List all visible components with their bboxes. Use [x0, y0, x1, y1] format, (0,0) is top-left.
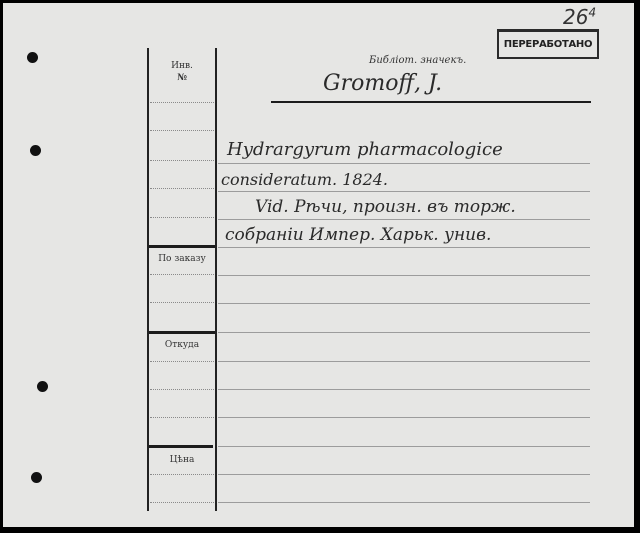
ruled-line [218, 332, 590, 333]
processed-stamp: ПЕРЕРАБОТАНО [497, 29, 599, 59]
left-dotted-line [150, 474, 214, 475]
left-column-border-left [147, 48, 149, 511]
section-divider-price [149, 445, 213, 448]
ruled-line [218, 474, 590, 475]
entry-line-4: собраніи Импер. Харьк. унив. [225, 225, 491, 245]
source-label: Откуда [149, 340, 215, 350]
ruled-line [218, 389, 590, 390]
inv-label: Инв. [149, 61, 215, 71]
section-divider-source [149, 331, 215, 334]
left-dotted-line [150, 361, 214, 362]
left-dotted-line [150, 130, 214, 131]
left-dotted-line [150, 217, 214, 218]
ruled-line [218, 163, 590, 164]
left-dotted-line [150, 417, 214, 418]
left-dotted-line [150, 102, 214, 103]
left-dotted-line [150, 389, 214, 390]
entry-line-2: consideratum. 1824. [221, 170, 388, 189]
left-dotted-line [150, 302, 214, 303]
catalog-number: 264 [563, 5, 596, 29]
entry-line-3: Vid. Рѣчи, произн. въ торж. [255, 197, 516, 217]
left-dotted-line [150, 502, 214, 503]
library-mark-label: Библіот. значекъ. [369, 55, 466, 66]
left-column-border-right [215, 48, 217, 511]
ruled-line [218, 361, 590, 362]
ruled-line [218, 275, 590, 276]
punch-hole-1 [27, 52, 38, 63]
price-label: Цѣна [149, 455, 215, 465]
punch-hole-4 [31, 472, 42, 483]
punch-hole-2 [30, 145, 41, 156]
left-dotted-line [150, 188, 214, 189]
entry-line-1: Hydrargyrum pharmacologice [227, 139, 503, 160]
ruled-line [218, 303, 590, 304]
ruled-line [218, 446, 590, 447]
left-dotted-line [150, 274, 214, 275]
ruled-line [218, 219, 590, 220]
order-label: По заказу [149, 254, 215, 264]
ruled-line [218, 247, 590, 248]
section-divider-order [149, 245, 215, 248]
number-sign: № [149, 73, 215, 83]
ruled-line [218, 191, 590, 192]
ruled-line [218, 417, 590, 418]
author-name: Gromoff, J. [323, 71, 442, 96]
left-dotted-line [150, 160, 214, 161]
punch-hole-3 [37, 381, 48, 392]
ruled-line [218, 502, 590, 503]
catalog-card: 264 ПЕРЕРАБОТАНО Библіот. значекъ. Инв. … [3, 3, 634, 527]
author-underline [271, 101, 591, 103]
